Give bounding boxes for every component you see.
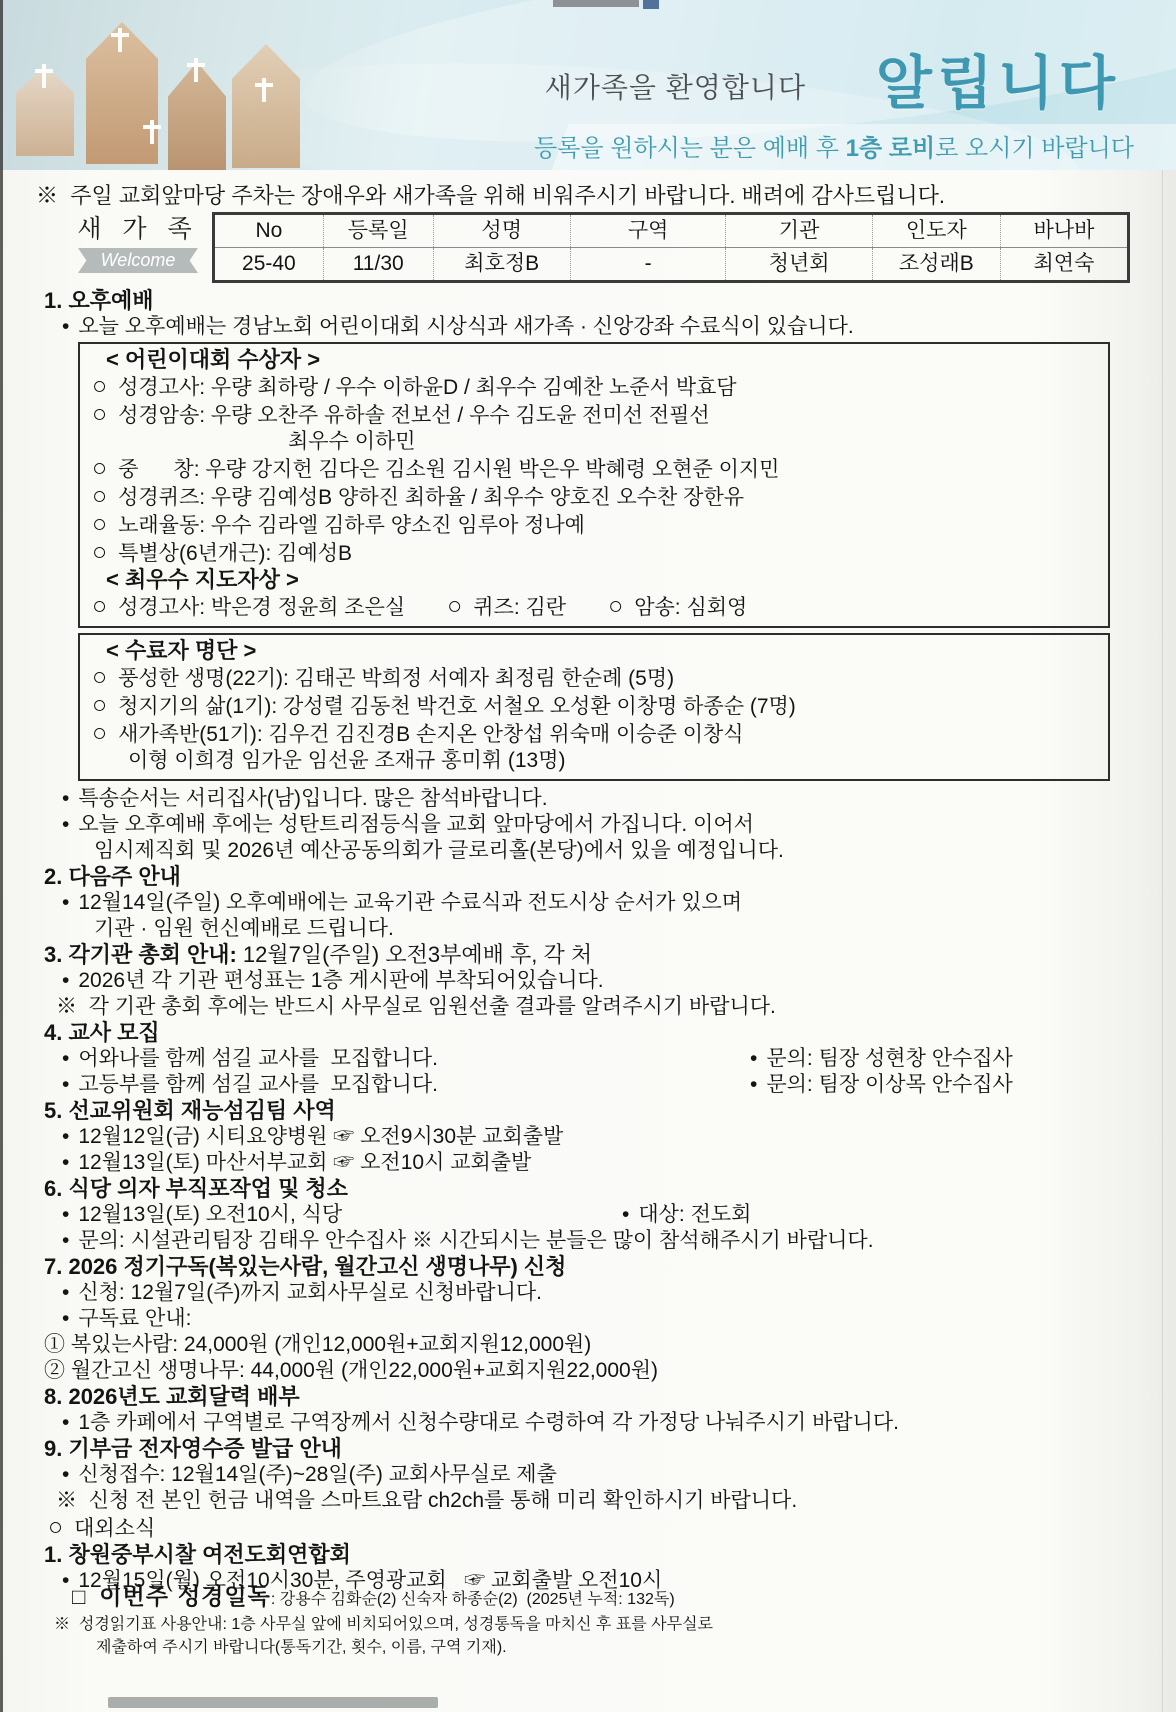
line-text: 중 창: 우량 강지헌 김다은 김소원 김시원 박은우 박혜령 오현준 이지민 <box>118 457 779 483</box>
line-text: 노래율동: 우수 김라엘 김하루 양소진 임루아 정나예 <box>118 513 585 539</box>
award-item: ○중 창: 우량 강지헌 김다은 김소원 김시원 박은우 박혜령 오현준 이지민 <box>92 455 1098 483</box>
bulletin-footer: □이번주 성경일독: 강용수 김화순(2) 신숙자 하종순(2) (2025년 … <box>0 1578 1176 1657</box>
line-text: 특송순서는 서리집사(남)입니다. 많은 참석바랍니다. <box>78 786 547 812</box>
bullet-icon: • <box>62 1280 69 1306</box>
checkbox-icon: □ <box>72 1584 85 1610</box>
bullet-icon: • <box>62 786 69 812</box>
col-header: 기관 <box>726 214 872 248</box>
section-2-heading: 2. 다음주 안내 <box>44 864 1176 890</box>
line-text: 12월14일(주일) 오후예배에는 교육기관 수료식과 전도시상 순서가 있으며 <box>78 890 742 916</box>
teacher-recruit-row-1: •어와나를 함께 섬길 교사를 모집합니다. •문의: 팀장 성현창 안수집사 <box>62 1046 1176 1072</box>
section-7-heading: 7. 2026 정기구독(복있는사람, 월간고신 생명나무) 신청 <box>44 1254 1176 1280</box>
circle-icon: ○ <box>92 455 107 481</box>
bulletin-body: ※ 주일 교회앞마당 주차는 장애우와 새가족을 위해 비워주시기 바랍니다. … <box>0 170 1176 1594</box>
line-text: 1층 카페에서 구역별로 구역장께서 신청수량대로 수령하여 각 가정당 나눠주… <box>78 1410 899 1436</box>
line-text: 고등부를 함께 섬길 교사를 모집합니다. <box>78 1072 438 1098</box>
leader-award-row: ○성경고사: 박은경 정윤희 조은실 ○퀴즈: 김란 ○암송: 심회영 <box>92 593 1098 621</box>
welcome-message: 새가족을 환영합니다 <box>545 66 806 106</box>
col-header: 성명 <box>433 214 570 248</box>
cafeteria-target: •대상: 전도회 <box>622 1202 751 1228</box>
col-header: 바나바 <box>1000 214 1128 248</box>
award-item: ○노래율동: 우수 김라엘 김하루 양소진 임루아 정나예 <box>92 511 1098 539</box>
cafeteria-when: •12월13일(토) 오전10시, 식당 <box>62 1202 622 1228</box>
newcomer-header-row: No 등록일 성명 구역 기관 인도자 바나바 <box>214 214 1129 248</box>
line-text: 문의: 팀장 성현창 안수집사 <box>766 1046 1012 1072</box>
leader-award-item: ○암송: 심회영 <box>608 593 747 621</box>
circle-icon: ○ <box>92 539 107 565</box>
cell-name: 최호정B <box>433 248 570 282</box>
line-text: 문의: 팀장 이상목 안수집사 <box>766 1072 1012 1098</box>
line-text: 2026년 각 기관 편성표는 1층 게시판에 부착되어있습니다. <box>78 968 603 994</box>
subscription-fee-1: ① 복있는사람: 24,000원 (개인12,000원+교회지원12,000원) <box>44 1332 1176 1358</box>
recruit-highschool-contact: •문의: 팀장 이상목 안수집사 <box>750 1072 1013 1098</box>
circle-icon: ○ <box>92 664 107 690</box>
register-prefix: 등록을 원하시는 분은 예배 후 <box>534 135 846 162</box>
teacher-recruit-row-2: •고등부를 함께 섬길 교사를 모집합니다. •문의: 팀장 이상목 안수집사 <box>62 1072 1176 1098</box>
circle-icon: ○ <box>92 401 107 427</box>
bullet-icon: • <box>750 1072 757 1098</box>
bullet-icon: • <box>62 890 69 916</box>
cafeteria-contact: •문의: 시설관리팀장 김태우 안수집사 ※ 시간되시는 분들은 많이 참석해주… <box>62 1228 1176 1254</box>
line-text: 12월13일(토) 오전10시, 식당 <box>78 1202 342 1228</box>
org-meeting-warning: ※ 각 기관 총회 후에는 반드시 사무실로 임원선출 결과를 알려주시기 바랍… <box>56 994 1176 1020</box>
section-1-heading: 1. 오후예배 <box>44 288 1176 314</box>
bullet-icon: • <box>62 314 69 340</box>
line-text: 구독료 안내: <box>78 1306 191 1332</box>
line-text: 성경암송: 우량 오찬주 유하솔 전보선 / 우수 김도윤 전미선 전필선 <box>118 403 710 429</box>
newcomer-label: 새 가 족 <box>64 216 212 242</box>
register-suffix: 로 오시기 바랍니다 <box>935 135 1134 162</box>
line-text: 오늘 오후예배 후에는 성탄트리점등식을 교회 앞마당에서 가집니다. 이어서 <box>78 812 754 838</box>
bullet-icon: • <box>62 1202 69 1228</box>
circle-icon: ○ <box>92 373 107 399</box>
newcomer-section: 새 가 족 Welcome No 등록일 성명 구역 기관 인도자 <box>64 212 1130 283</box>
newcomer-table: No 등록일 성명 구역 기관 인도자 바나바 25-40 11/30 최호정B <box>212 212 1130 283</box>
welcome-ribbon: Welcome <box>78 248 198 273</box>
bullet-icon: • <box>62 1046 69 1072</box>
leader-award-title: < 최우수 지도자상 > <box>92 567 1098 593</box>
line-text: 성경고사: 박은경 정윤희 조은실 <box>118 595 405 621</box>
page-title: 알립니다 <box>876 36 1120 120</box>
circle-icon: ○ <box>92 483 107 509</box>
line-text: 퀴즈: 김란 <box>473 595 566 621</box>
circle-icon: ○ <box>608 593 623 619</box>
section-9-heading: 9. 기부금 전자영수증 발급 안내 <box>44 1436 1176 1462</box>
bullet-icon: • <box>62 1306 69 1332</box>
bible-reading-line: □이번주 성경일독: 강용수 김화순(2) 신숙자 하종순(2) (2025년 … <box>72 1578 1176 1611</box>
bullet-icon: • <box>62 1410 69 1436</box>
leader-award-item: ○성경고사: 박은경 정윤희 조은실 <box>92 593 405 621</box>
award-item: ○특별상(6년개근): 김예성B <box>92 539 1098 567</box>
award-item: ○성경암송: 우량 오찬주 유하솔 전보선 / 우수 김도윤 전미선 전필선 <box>92 401 1098 429</box>
col-header: 등록일 <box>323 214 433 248</box>
cross-icon <box>118 28 122 52</box>
section-5-heading: 5. 선교위원회 재능섬김팀 사역 <box>44 1098 1176 1124</box>
calendar-distribution: •1층 카페에서 구역별로 구역장께서 신청수량대로 수령하여 각 가정당 나눠… <box>62 1410 1176 1436</box>
org-chart-note: •2026년 각 기관 편성표는 1층 게시판에 부착되어있습니다. <box>62 968 1176 994</box>
bullet-icon: • <box>62 1124 69 1150</box>
bullet-icon: • <box>62 968 69 994</box>
bullet-icon: • <box>622 1202 629 1228</box>
section-8-heading: 8. 2026년도 교회달력 배부 <box>44 1384 1176 1410</box>
cell-barnabas: 최연숙 <box>1000 248 1128 282</box>
completion-item: ○새가족반(51기): 김우건 김진경B 손지온 안창섭 위숙매 이승준 이창식 <box>92 720 1098 748</box>
scan-edge-artifact <box>0 0 3 1712</box>
circle-icon: ○ <box>92 720 107 746</box>
section-3-heading: 3. 각기관 총회 안내: 12월7일(주일) 오전3부예배 후, 각 처 <box>44 942 1176 968</box>
line-text: 새가족반(51기): 김우건 김진경B 손지온 안창섭 위숙매 이승준 이창식 <box>118 722 743 748</box>
next-week-note: •12월14일(주일) 오후예배에는 교육기관 수료식과 전도시상 순서가 있으… <box>62 890 1176 916</box>
scan-top-artifact <box>643 0 659 9</box>
section-4-heading: 4. 교사 모집 <box>44 1020 1176 1046</box>
mission-visit-2: •12월13일(토) 마산서부교회 ☞ 오전10시 교회출발 <box>62 1150 1176 1176</box>
cross-icon <box>194 58 198 82</box>
cell-org: 청년회 <box>726 248 872 282</box>
heading-rest: 12월7일(주일) 오전3부예배 후, 각 처 <box>237 942 592 967</box>
award-item-continuation: 최우수 이하민 <box>288 429 1098 455</box>
church-house-icon <box>86 22 158 164</box>
awards-box: < 어린이대회 수상자 > ○성경고사: 우량 최하랑 / 우수 이하윤D / … <box>78 342 1110 628</box>
line-text: 오늘 오후예배는 경남노회 어린이대회 시상식과 새가족 · 신앙강좌 수료식이… <box>78 314 853 340</box>
receipt-apply: •신청접수: 12월14일(주)~28일(주) 교회사무실로 제출 <box>62 1462 1176 1488</box>
completion-item: ○풍성한 생명(22기): 김태곤 박희정 서예자 최정림 한순례 (5명) <box>92 664 1098 692</box>
tree-lighting-note: •오늘 오후예배 후에는 성탄트리점등식을 교회 앞마당에서 가집니다. 이어서 <box>62 812 1176 838</box>
tree-lighting-continuation: 임시제직회 및 2026년 예산공동의회가 글로리홀(본당)에서 있을 예정입니… <box>94 838 1176 864</box>
scan-bottom-artifact <box>108 1697 438 1708</box>
church-illustration <box>0 0 430 170</box>
cross-icon <box>42 64 46 88</box>
line-text: 어와나를 함께 섬길 교사를 모집합니다. <box>78 1046 438 1072</box>
bullet-icon: • <box>62 1150 69 1176</box>
completion-item-continuation: 이형 이희경 임가운 임선윤 조재규 홍미휘 (13명) <box>128 748 1098 774</box>
line-text: 신청접수: 12월14일(주)~28일(주) 교회사무실로 제출 <box>78 1462 557 1488</box>
line-text: 12월12일(금) 시티요양병원 ☞ 오전9시30분 교회출발 <box>78 1124 563 1150</box>
special-song-note: •특송순서는 서리집사(남)입니다. 많은 참석바랍니다. <box>62 786 1176 812</box>
recruit-awana-contact: •문의: 팀장 성현창 안수집사 <box>750 1046 1013 1072</box>
circle-icon: ○ <box>48 1514 63 1540</box>
section-6-heading: 6. 식당 의자 부직포작업 및 청소 <box>44 1176 1176 1202</box>
subscription-fee-label: •구독료 안내: <box>62 1306 1176 1332</box>
circle-icon: ○ <box>447 593 462 619</box>
line-text: 성경고사: 우량 최하랑 / 우수 이하윤D / 최우수 김예찬 노준서 박효담 <box>118 375 736 401</box>
scan-top-artifact <box>553 0 639 7</box>
cafeteria-work-row: •12월13일(토) 오전10시, 식당 •대상: 전도회 <box>62 1202 1176 1228</box>
recruit-awana: •어와나를 함께 섬길 교사를 모집합니다. <box>62 1046 750 1072</box>
reading-chart-guide: ※ 성경읽기표 사용안내: 1층 사무실 앞에 비치되어있으며, 성경통독을 마… <box>54 1611 1176 1634</box>
award-item: ○성경고사: 우량 최하랑 / 우수 이하윤D / 최우수 김예찬 노준서 박효… <box>92 373 1098 401</box>
external-news-heading: ○대외소식 <box>48 1514 1176 1542</box>
line-text: 성경퀴즈: 우량 김예성B 양하진 최하율 / 최우수 양호진 오수찬 장한유 <box>118 485 744 511</box>
col-header: 인도자 <box>872 214 1000 248</box>
col-header: No <box>214 214 324 248</box>
receipt-warning: ※ 신청 전 본인 헌금 내역을 스마트요람 ch2ch를 통해 미리 확인하시… <box>56 1488 1176 1514</box>
cross-icon <box>150 120 154 144</box>
completion-box-title: < 수료자 명단 > <box>92 638 1098 664</box>
register-bold: 1층 로비 <box>846 135 936 162</box>
heading-bold: 3. 각기관 총회 안내: <box>44 942 237 967</box>
line-text: 12월13일(토) 마산서부교회 ☞ 오전10시 교회출발 <box>78 1150 531 1176</box>
line-text: 문의: 시설관리팀장 김태우 안수집사 ※ 시간되시는 분들은 많이 참석해주시… <box>78 1228 873 1254</box>
line-text: 청지기의 삶(1기): 강성렬 김동천 박건호 서철오 오성환 이창명 하종순 … <box>118 694 796 720</box>
header-banner: 새가족을 환영합니다 알립니다 등록을 원하시는 분은 예배 후 1층 로비로 … <box>0 0 1176 170</box>
recruit-highschool: •고등부를 함께 섬길 교사를 모집합니다. <box>62 1072 750 1098</box>
newcomer-data-row: 25-40 11/30 최호정B - 청년회 조성래B 최연숙 <box>214 248 1129 282</box>
bible-reading-names: : 강용수 김화순(2) 신숙자 하종순(2) (2025년 누적: 132독) <box>271 1586 675 1609</box>
subscription-fee-2: ② 월간고신 생명나무: 44,000원 (개인22,000원+교회지원22,0… <box>44 1358 1176 1384</box>
leader-award-item: ○퀴즈: 김란 <box>447 593 566 621</box>
reading-chart-guide-continuation: 제출하여 주시기 바랍니다(통독기간, 횟수, 이름, 구역 기재). <box>96 1634 1176 1657</box>
cell-guide: 조성래B <box>872 248 1000 282</box>
bullet-icon: • <box>62 812 69 838</box>
line-text: 특별상(6년개근): 김예성B <box>118 541 352 567</box>
bible-reading-title: 이번주 성경일독 <box>99 1578 271 1611</box>
bullet-icon: • <box>62 1228 69 1254</box>
award-item: ○성경퀴즈: 우량 김예성B 양하진 최하율 / 최우수 양호진 오수찬 장한유 <box>92 483 1098 511</box>
registration-instruction: 등록을 원하시는 분은 예배 후 1층 로비로 오시기 바랍니다 <box>534 128 1134 163</box>
line-text: 풍성한 생명(22기): 김태곤 박희정 서예자 최정림 한순례 (5명) <box>118 666 674 692</box>
line-text: 신청: 12월7일(주)까지 교회사무실로 신청바랍니다. <box>78 1280 542 1306</box>
col-header: 구역 <box>570 214 726 248</box>
completion-box: < 수료자 명단 > ○풍성한 생명(22기): 김태곤 박희정 서예자 최정림… <box>78 633 1110 781</box>
cell-no: 25-40 <box>214 248 324 282</box>
external-news-item-heading: 1. 창원중부시찰 여전도회연합회 <box>44 1542 1176 1568</box>
cross-icon <box>262 78 266 102</box>
circle-icon: ○ <box>92 593 107 619</box>
bullet-icon: • <box>750 1046 757 1072</box>
cell-district: - <box>570 248 726 282</box>
bullet-icon: • <box>62 1072 69 1098</box>
line-text: 암송: 심회영 <box>634 595 747 621</box>
mission-visit-1: •12월12일(금) 시티요양병원 ☞ 오전9시30분 교회출발 <box>62 1124 1176 1150</box>
line-text: 대상: 전도회 <box>638 1202 751 1228</box>
section-1-intro: •오늘 오후예배는 경남노회 어린이대회 시상식과 새가족 · 신앙강좌 수료식… <box>62 314 1176 340</box>
newcomer-label-block: 새 가 족 Welcome <box>64 212 212 283</box>
church-house-icon <box>232 44 300 168</box>
cell-date: 11/30 <box>323 248 433 282</box>
awards-box-title: < 어린이대회 수상자 > <box>92 347 1098 373</box>
bulletin-page: 새가족을 환영합니다 알립니다 등록을 원하시는 분은 예배 후 1층 로비로 … <box>0 0 1176 1712</box>
next-week-continuation: 기관 · 임원 헌신예배로 드립니다. <box>94 916 1176 942</box>
fold-line-artifact <box>1162 170 1163 1712</box>
line-text: 대외소식 <box>74 1516 155 1542</box>
circle-icon: ○ <box>92 511 107 537</box>
circle-icon: ○ <box>92 692 107 718</box>
parking-notice: ※ 주일 교회앞마당 주차는 장애우와 새가족을 위해 비워주시기 바랍니다. … <box>36 183 1176 209</box>
completion-item: ○청지기의 삶(1기): 강성렬 김동천 박건호 서철오 오성환 이창명 하종순… <box>92 692 1098 720</box>
bullet-icon: • <box>62 1462 69 1488</box>
subscription-apply: •신청: 12월7일(주)까지 교회사무실로 신청바랍니다. <box>62 1280 1176 1306</box>
